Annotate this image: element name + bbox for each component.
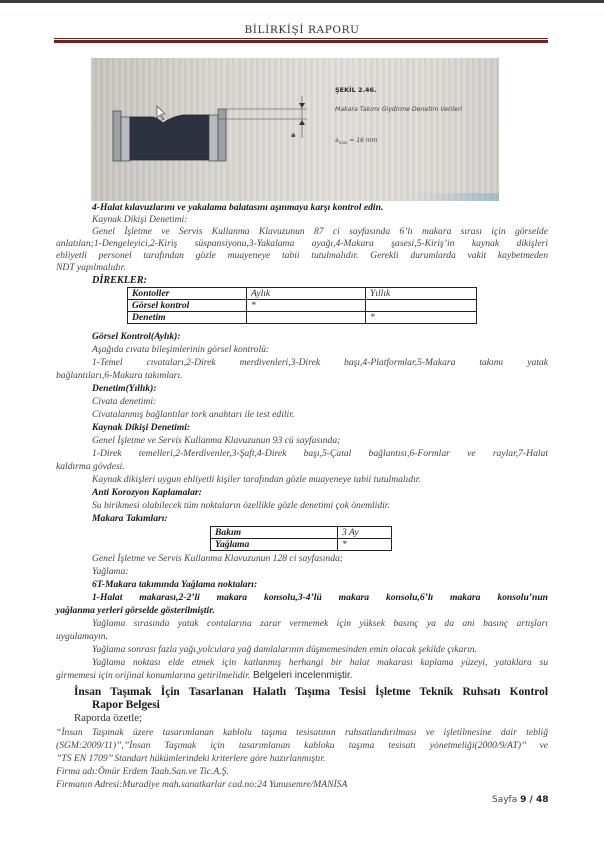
kaynak1-title: Kaynak Dikişi Denetimi:	[92, 214, 187, 226]
figure-value-rest: = 16 mm	[347, 137, 377, 144]
kaynak2-line1: Genel İşletme ve Servis Kullanma Klavuzu…	[92, 435, 340, 447]
rapor-ozet: Raporda özetle;	[74, 712, 142, 725]
yaglama-p1-line1: Yağlama sırasında yatak contalarına zara…	[92, 618, 548, 630]
footer-total: 48	[536, 795, 549, 805]
table-row: Denetim *	[128, 312, 477, 324]
firma-adi: Firma adı:Ömür Erdem Taah.San.ve Tic.A.Ş…	[56, 766, 229, 778]
table-cell: Denetim	[128, 312, 247, 324]
kaynak1-line2: anlatılan;1-Dengeleyici,2-Kiriş süspansi…	[56, 238, 548, 250]
denetim-title: Denetim(Yıllık):	[92, 383, 156, 395]
kaynak1-line4: NDT yapılmalıdır.	[56, 262, 126, 274]
table-header-cell: Kontoller	[128, 288, 247, 300]
table-row: Görsel kontrol *	[128, 300, 477, 312]
figure-marker: a	[291, 131, 295, 139]
figure-value: amax = 16 mm	[335, 137, 377, 145]
yaglama-p2: Yağlama sonrası fazla yağı,yolculara yağ…	[92, 644, 477, 656]
gorsel-line1: Aşağıda cıvata bileşimlerinin görsel kon…	[92, 344, 269, 356]
table-cell: *	[366, 312, 477, 324]
halat-note: 4-Halat kılavuzlarını ve yakalama balata…	[92, 202, 383, 214]
firma-adres: Firmanın Adresi:Muradiye mah.sanatkarlar…	[56, 779, 347, 791]
section-title-line2: Rapor Belgesi	[92, 698, 160, 712]
table-row: Bakım 3 Ay	[211, 527, 392, 539]
header-rule-thick	[54, 40, 548, 43]
kaynak2-line2: 1-Direk temelleri,2-Merdivenler,3-Şaft,4…	[92, 448, 548, 460]
yaglama-points-line1: 1-Halat makarası,2-2’li makara konsolu,3…	[92, 592, 548, 604]
yaglama-points-line2: yağlanma yerleri görselde gösterilmiştir…	[56, 605, 215, 617]
kaynak2-title: Kaynak Dikişi Denetimi:	[92, 422, 190, 434]
page-header-title: BİLİRKİŞİ RAPORU	[0, 24, 604, 36]
kaynak2-line3: kaldırma gövdesi.	[56, 461, 125, 473]
kaynak2-line4: Kaynak dikişleri uygun ehliyetli kişiler…	[92, 474, 421, 486]
section-title: İnsan Taşımak İçin Tasarlanan Halatlı Ta…	[74, 685, 548, 699]
header-rule-thin	[54, 38, 548, 39]
table-cell: Görsel kontrol	[128, 300, 247, 312]
page-footer: Sayfa 9 / 48	[492, 795, 548, 805]
table-header-cell: Aylık	[247, 288, 366, 300]
anti-korozyon-title: Anti Korozyon Kaplamalar:	[92, 487, 202, 499]
ozet-line2: (SGM:2009/11)’’,’’İnsan Taşımak için tas…	[56, 740, 548, 752]
ozet-line3: ’’TS EN 1709’’ Standart hükümlerindeki k…	[56, 753, 326, 765]
makara-title: Makara Takımları:	[92, 513, 168, 525]
kaynak1-line3: ehliyetli personel tarafından gözle muay…	[56, 250, 548, 262]
gorsel-title: Görsel Kontrol(Aylık):	[92, 331, 181, 343]
figure-photo: a ŞEKİL 2.46. Makara Takımı Giydirme Den…	[91, 58, 499, 201]
table-cell: *	[338, 539, 392, 551]
yaglama-label: Yağlama:	[92, 566, 128, 578]
table-row: Yağlama *	[211, 539, 392, 551]
yaglama-points-title: 6T-Makara takımında Yağlama noktaları:	[92, 579, 257, 591]
footer-sep: /	[526, 795, 536, 805]
window-top-bar	[0, 0, 604, 3]
figure-caption: Makara Takımı Giydirme Denetim Verileri	[335, 104, 465, 116]
figure-number: ŞEKİL 2.46.	[335, 86, 377, 94]
pulley-diagram-icon	[91, 58, 499, 201]
direkler-title: DİREKLER:	[92, 275, 147, 287]
table-cell: *	[247, 300, 366, 312]
table-cell	[247, 312, 366, 324]
table-cell: Bakım	[211, 527, 338, 539]
denetim-line2: Civatalanmış bağlantılar tork anahtarı i…	[92, 409, 294, 421]
anti-korozyon-line: Su birikmesi olabilecek tüm noktaların ö…	[92, 500, 390, 512]
direkler-table: Kontoller Aylık Yıllık Görsel kontrol * …	[127, 287, 477, 324]
table-cell: 3 Ay	[338, 527, 392, 539]
makara-table: Bakım 3 Ay Yağlama *	[210, 526, 392, 551]
yaglama-p3-line2: girmemesi için orijinal konumlarına geti…	[56, 670, 353, 682]
table-header-cell: Yıllık	[366, 288, 477, 300]
denetim-line1: Civata denetimi:	[92, 396, 156, 408]
yaglama-p1-line2: uygulamayın.	[56, 631, 108, 643]
gorsel-line2: 1-Temel cıvataları,2-Direk merdivenleri,…	[92, 357, 548, 369]
kaynak1-line1: Genel İşletme ve Servis Kullanma Klavuzu…	[92, 226, 548, 238]
table-cell: Yağlama	[211, 539, 338, 551]
yaglama-ref: Genel İşletme ve Servis Kullanma Klavuzu…	[92, 553, 343, 565]
yaglama-p3-line1: Yağlama noktası elde etmek için katlanmı…	[92, 657, 548, 669]
footer-label: Sayfa	[492, 795, 520, 805]
table-cell	[366, 300, 477, 312]
table-header-row: Kontoller Aylık Yıllık	[128, 288, 477, 300]
gorsel-line3: bağlantıları,6-Makara takımları.	[56, 370, 183, 382]
ozet-line1: “İnsan Taşımak üzere tasarımlanan kablol…	[56, 727, 548, 739]
